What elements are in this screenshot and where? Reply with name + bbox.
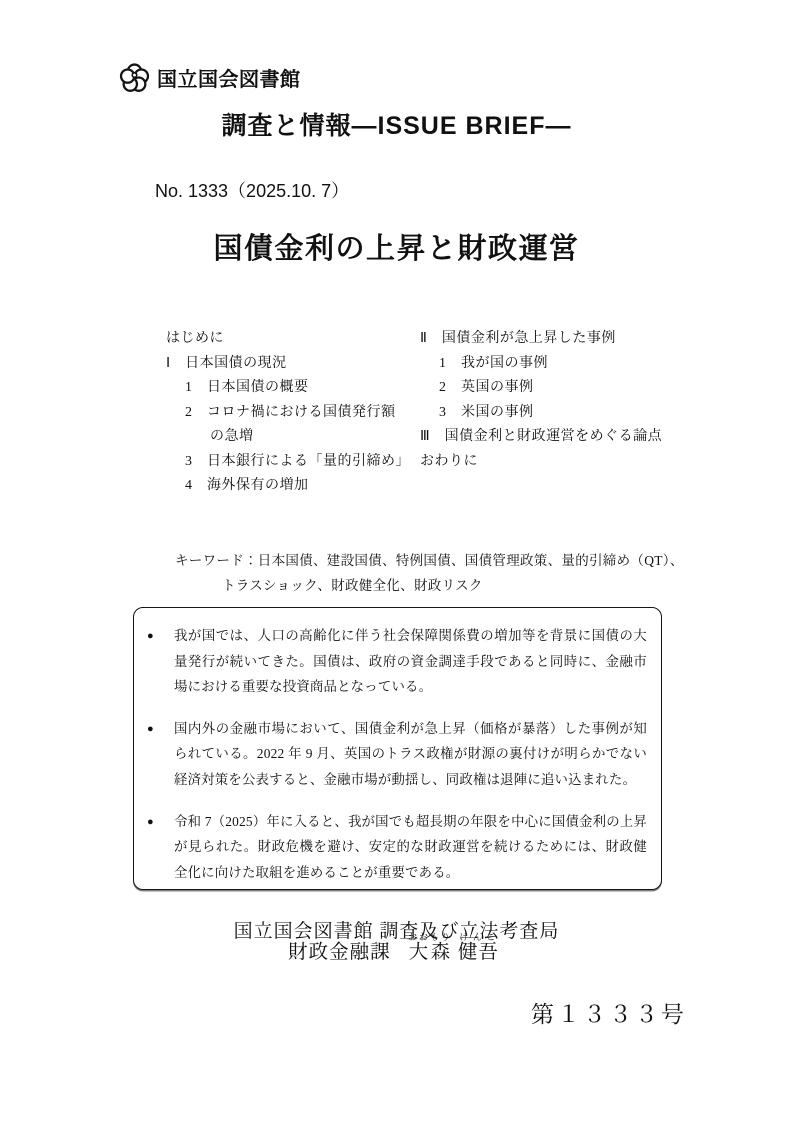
ndl-brand: 国立国会図書館 xyxy=(117,60,301,95)
toc-item: Ⅱ 国債金利が急上昇した事例 xyxy=(420,327,680,352)
toc-item: おわりに xyxy=(420,450,680,475)
summary-item: ● 令和 7（2025）年に入ると、我が国でも超長期の年限を中心に国債金利の上昇… xyxy=(147,809,647,886)
keywords-line-1: キーワード：日本国債、建設国債、特例国債、国債管理政策、量的引締め（QT）、 xyxy=(175,549,684,574)
toc-item: はじめに xyxy=(166,327,416,352)
bullet-icon: ● xyxy=(147,809,174,886)
toc-item: Ⅰ 日本国債の現況 xyxy=(166,352,416,377)
toc-item: 1 我が国の事例 xyxy=(420,352,680,377)
ndl-flower-logo-icon xyxy=(117,60,152,95)
series-title: 調査と情報―ISSUE BRIEF― xyxy=(0,106,793,142)
footer-author-line: 財政金融課大森おおもり健吾けんご xyxy=(0,932,793,964)
toc-column-left: はじめに Ⅰ 日本国債の現況 1 日本国債の概要 2 コロナ禍における国債発行額… xyxy=(166,327,416,499)
keywords: キーワード：日本国債、建設国債、特例国債、国債管理政策、量的引締め（QT）、 ト… xyxy=(175,549,684,598)
issue-number: No. 1333（2025.10. 7） xyxy=(155,177,349,203)
toc-item: 2 コロナ禍における国債発行額 xyxy=(166,401,416,426)
document-page: 国立国会図書館 調査と情報―ISSUE BRIEF― No. 1333（2025… xyxy=(0,0,793,1122)
toc-item: 3 米国の事例 xyxy=(420,401,680,426)
author-given-name: 健吾けんご xyxy=(458,942,499,963)
author-family-name: 大森おおもり xyxy=(409,942,452,963)
toc-item: Ⅲ 国債金利と財政運営をめぐる論点 xyxy=(420,425,680,450)
keywords-line-2: トラスショック、財政健全化、財政リスク xyxy=(175,574,684,599)
summary-text: 我が国では、人口の高齢化に伴う社会保障関係費の増加等を背景に国債の大量発行が続い… xyxy=(174,623,647,700)
author-name: 大森おおもり健吾けんご xyxy=(409,942,505,963)
toc-item: 3 日本銀行による「量的引締め」 xyxy=(166,450,416,475)
summary-item: ● 国内外の金融市場において、国債金利が急上昇（価格が暴落）した事例が知られてい… xyxy=(147,716,647,793)
summary-text: 令和 7（2025）年に入ると、我が国でも超長期の年限を中心に国債金利の上昇が見… xyxy=(174,809,647,886)
bullet-icon: ● xyxy=(147,716,174,793)
bullet-icon: ● xyxy=(147,623,174,700)
toc-item: 2 英国の事例 xyxy=(420,376,680,401)
brand-name: 国立国会図書館 xyxy=(157,63,301,92)
toc-column-right: Ⅱ 国債金利が急上昇した事例 1 我が国の事例 2 英国の事例 3 米国の事例 … xyxy=(420,327,680,474)
toc-item-continuation: の急増 xyxy=(166,425,416,450)
summary-text: 国内外の金融市場において、国債金利が急上昇（価格が暴落）した事例が知られている。… xyxy=(174,716,647,793)
toc-item: 1 日本国債の概要 xyxy=(166,376,416,401)
document-title: 国債金利の上昇と財政運営 xyxy=(0,226,793,267)
author-section: 財政金融課 xyxy=(288,942,391,963)
toc-item: 4 海外保有の増加 xyxy=(166,474,416,499)
summary-box: ● 我が国では、人口の高齢化に伴う社会保障関係費の増加等を背景に国債の大量発行が… xyxy=(133,607,662,890)
issue-label: 第１３３３号 xyxy=(531,996,687,1029)
summary-item: ● 我が国では、人口の高齢化に伴う社会保障関係費の増加等を背景に国債の大量発行が… xyxy=(147,623,647,700)
